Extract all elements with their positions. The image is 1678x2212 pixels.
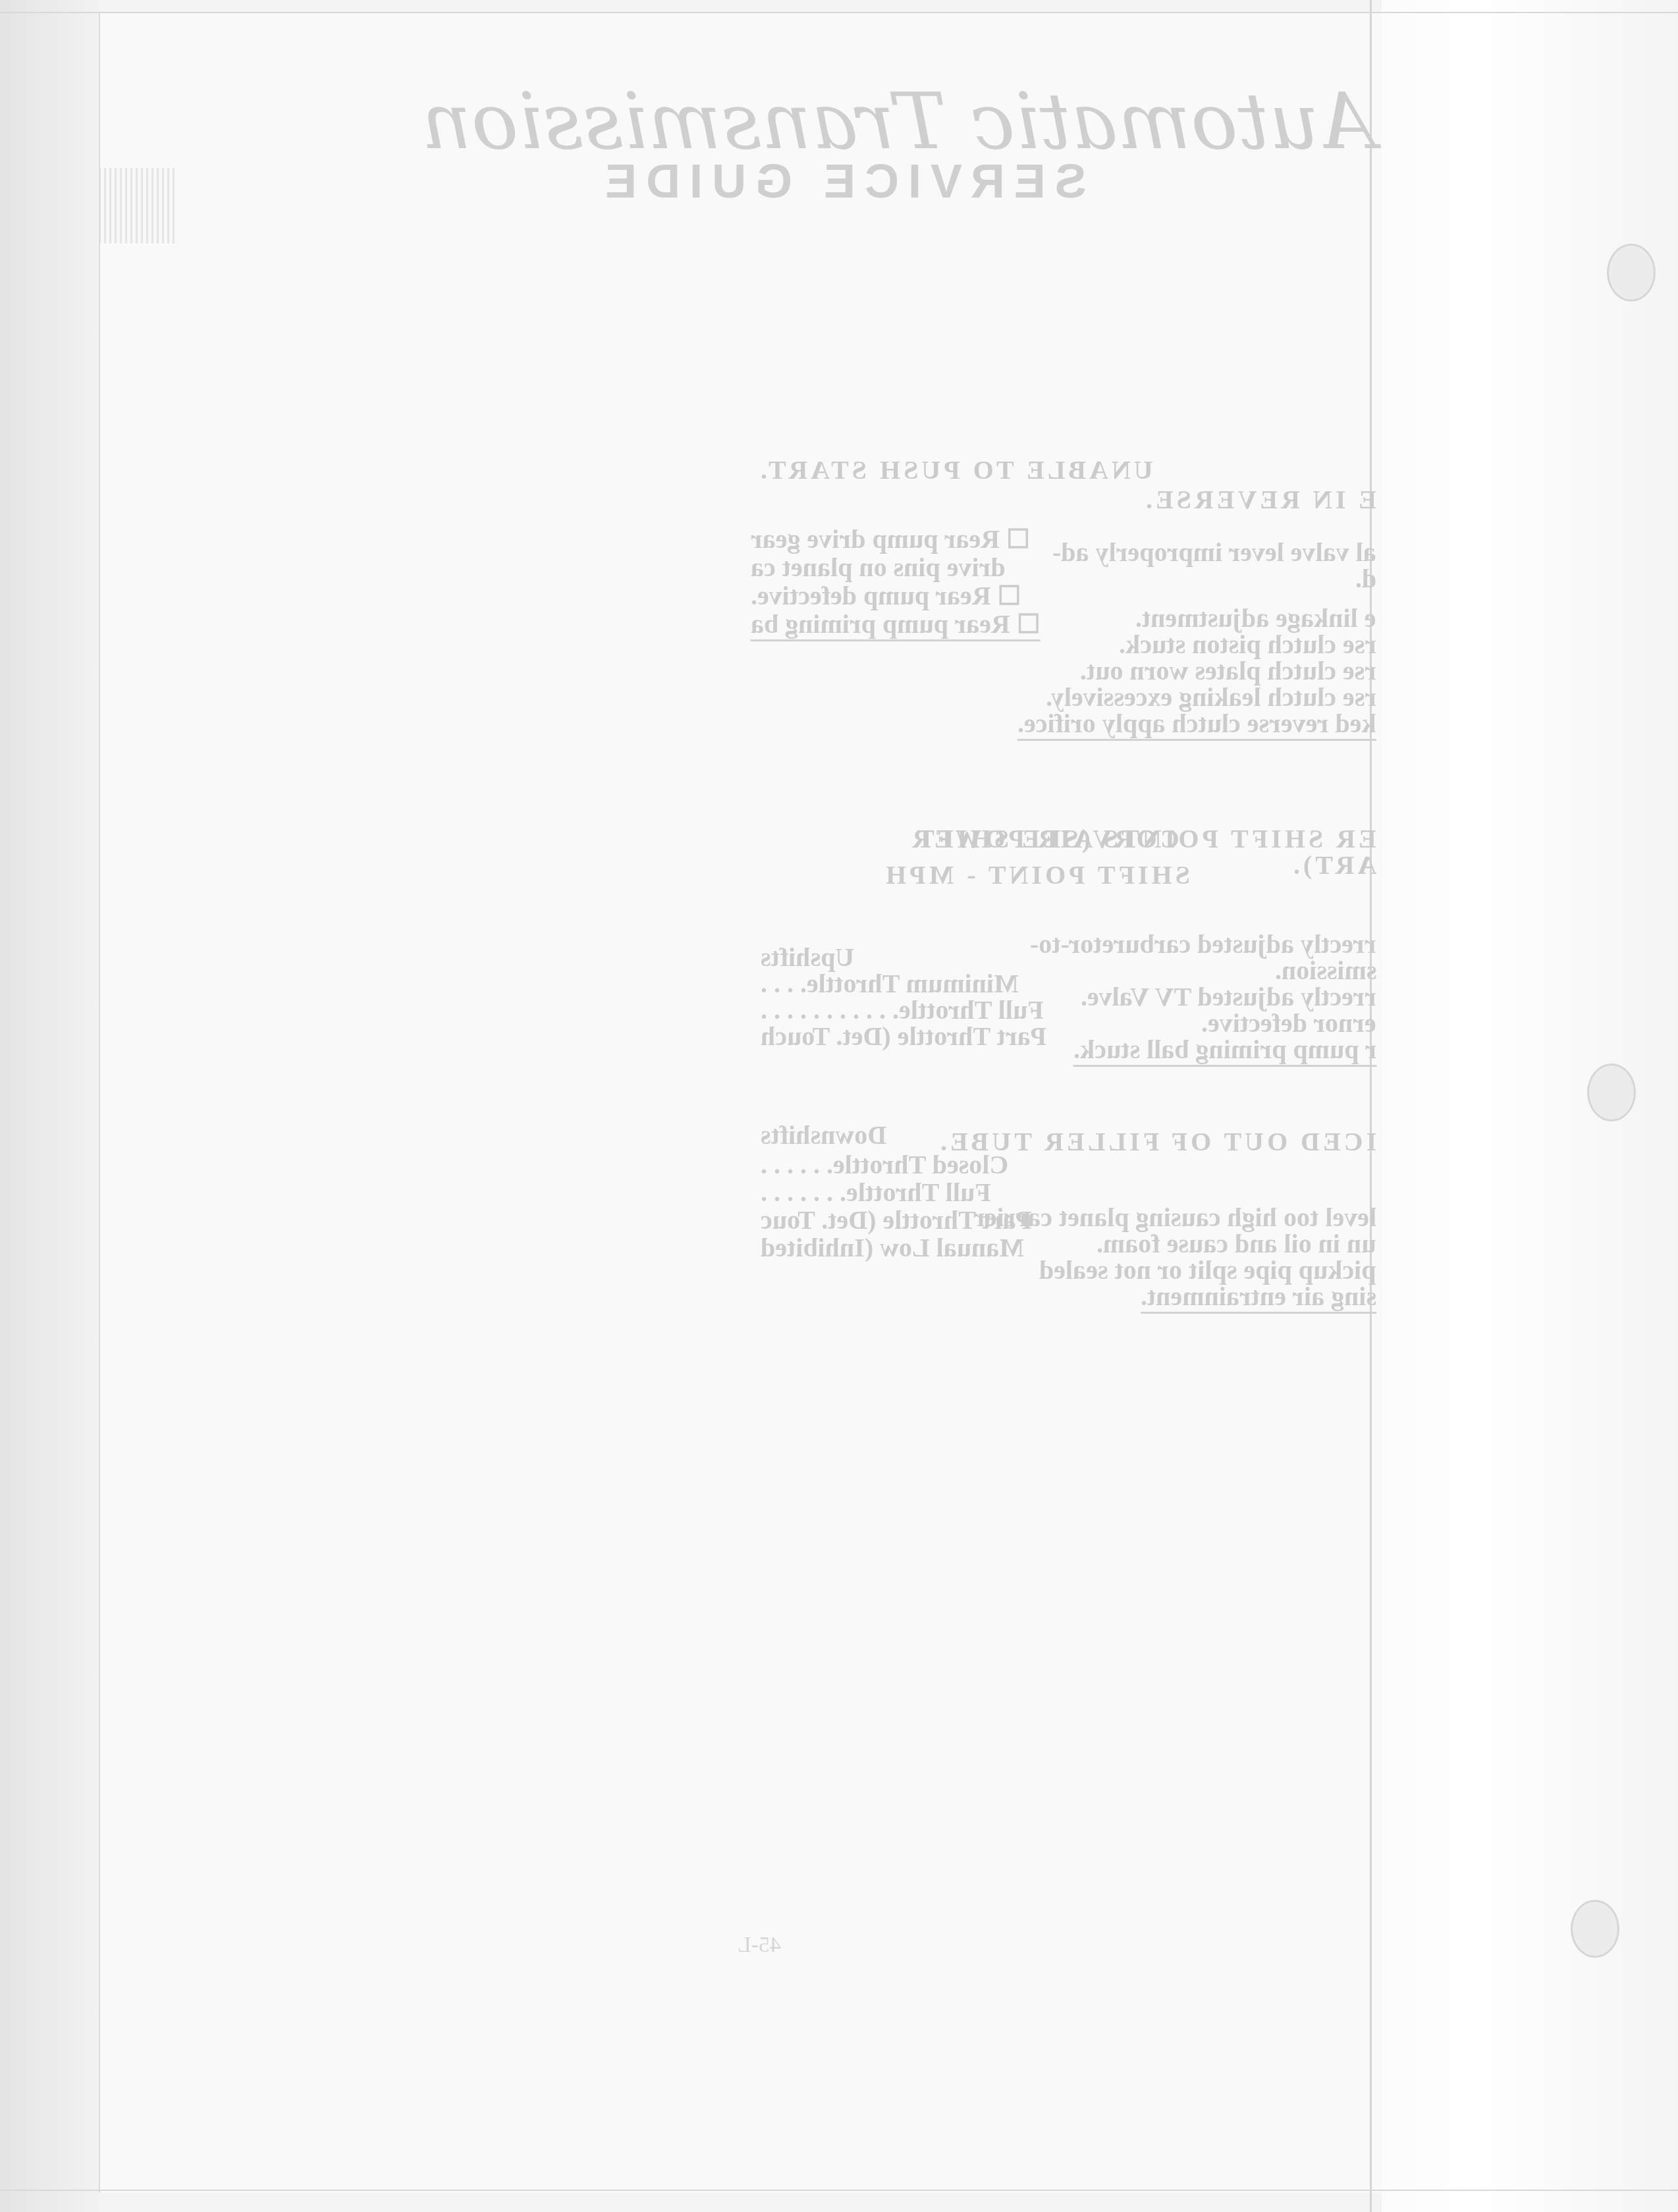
list-line: r pump priming ball stuck. xyxy=(1073,1034,1377,1067)
right-list-item: ☐ Rear pump priming ba xyxy=(751,608,1041,641)
scanned-page: Automatic Transmission SERVICE GUIDE 45-… xyxy=(0,0,1678,2212)
scan-shadow-right xyxy=(1382,0,1678,2212)
downshift-row: Closed Throttle. . . . . . xyxy=(761,1149,1008,1180)
list-line: sing air entrainment. xyxy=(1141,1281,1376,1314)
title-script: Automatic Transmission xyxy=(421,76,1375,167)
downshift-row: Manual Low (Inhibited xyxy=(761,1232,1024,1263)
page-edge-bottom xyxy=(0,2190,1678,2191)
punch-hole-top xyxy=(1607,244,1656,302)
list-line: al valve lever improperly ad- xyxy=(1052,537,1376,568)
right-list-item: ☐ Rear pump defective. xyxy=(751,580,1021,611)
right-heading: UNABLE TO PUSH START. xyxy=(757,454,1153,485)
section-heading: ART). xyxy=(1290,850,1376,880)
title-subtitle: SERVICE GUIDE xyxy=(596,155,1087,209)
page-edge-top xyxy=(0,12,1678,13)
paper-sheet xyxy=(99,13,1383,2193)
binding-marks xyxy=(99,168,178,244)
page-edge-right xyxy=(1370,0,1372,2212)
list-line: d. xyxy=(1355,563,1376,594)
downshift-row: Part Throttle (Det. Touc xyxy=(761,1204,1032,1235)
right-list-item: drive pins on planet ca xyxy=(751,552,1006,583)
scan-shadow-left xyxy=(0,0,99,2212)
section-heading: E IN REVERSE. xyxy=(1143,484,1376,515)
list-line: ked reverse clutch apply orifice. xyxy=(1017,708,1376,741)
right-list-item: ☐ Rear pump drive gear xyxy=(751,524,1030,554)
downshifts-label: Downshifts xyxy=(761,1119,886,1150)
punch-hole-bottom xyxy=(1571,1900,1619,1958)
upshift-row: Part Throttle (Det. Touch xyxy=(761,1021,1046,1052)
punch-hole-middle xyxy=(1587,1064,1636,1121)
table-subheading: SHIFT POINT - MPH xyxy=(882,859,1190,890)
downshift-row: Full Throttle. . . . . . . xyxy=(761,1177,991,1208)
table-heading: CORVAIR POWER xyxy=(909,823,1179,854)
page-number: 45-L xyxy=(738,1933,781,1958)
